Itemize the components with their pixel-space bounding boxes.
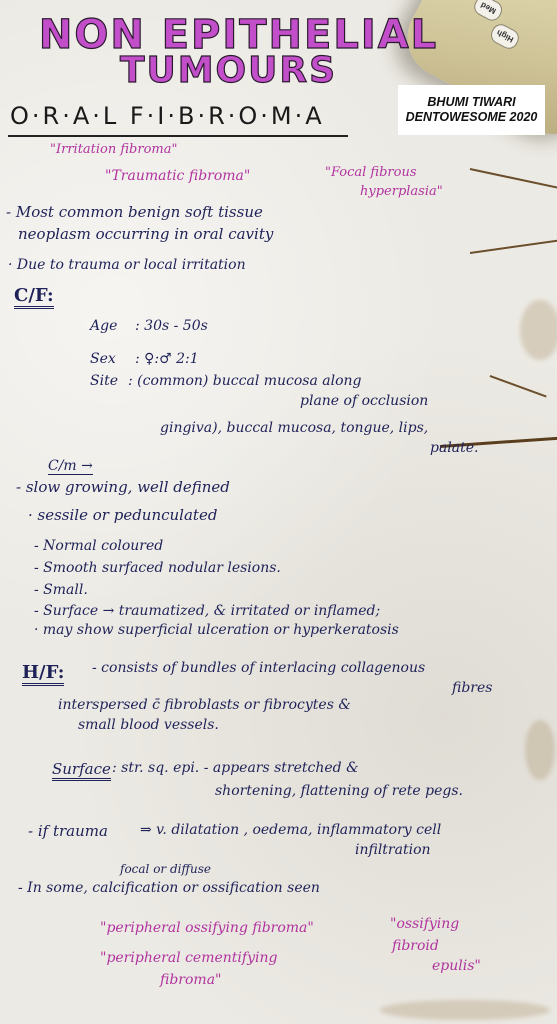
trauma-value-2: infiltration <box>355 842 431 858</box>
site-value-3: gingiva), buccal mucosa, tongue, lips, <box>160 420 428 436</box>
hf-line-1: - consists of bundles of interlacing col… <box>92 660 425 676</box>
synonym-focal-fibrous-2: hyperplasia" <box>360 184 443 199</box>
cm-item-5: - Small. <box>34 582 88 598</box>
paper-stain <box>380 1000 550 1020</box>
calc-line: - In some, calcification or ossification… <box>18 880 320 896</box>
paper-crease <box>470 168 557 188</box>
hf-heading: H/F: <box>22 662 64 686</box>
site-value-2: plane of occlusion <box>300 393 428 409</box>
paper-stain <box>525 720 555 780</box>
synonym-focal-fibrous-1: "Focal fibrous <box>325 165 417 180</box>
variant-ofe-1: "ossifying <box>390 916 459 932</box>
variant-pof: "peripheral ossifying fibroma" <box>100 920 314 936</box>
site-value-4: palate. <box>430 440 479 456</box>
section-title: O·R·A·L F·I·B·R·O·M·A <box>10 102 325 130</box>
sex-value: : ♀:♂ 2:1 <box>135 351 199 367</box>
intro-line-3: · Due to trauma or local irritation <box>8 257 246 273</box>
cm-item-3: - Normal coloured <box>34 538 163 554</box>
title-underline <box>8 135 348 137</box>
site-label: Site <box>90 373 118 389</box>
watermark-author: BHUMI TIWARI <box>427 95 515 110</box>
synonym-irritation-fibroma: "Irritation fibroma" <box>50 142 177 157</box>
cm-item-7: · may show superficial ulceration or hyp… <box>34 622 399 638</box>
watermark-brand: DENTOWESOME 2020 <box>406 110 538 125</box>
variant-ofe-3: epulis" <box>432 958 481 974</box>
cm-item-6: - Surface → traumatized, & irritated or … <box>34 603 380 619</box>
synonym-traumatic-fibroma: "Traumatic fibroma" <box>105 168 250 184</box>
cm-item-1: - slow growing, well defined <box>16 478 230 496</box>
hf-line-1b: fibres <box>452 680 492 696</box>
cm-heading: C/m → <box>48 458 93 475</box>
paper-crease <box>490 375 547 397</box>
surface-value-2: shortening, flattening of rete pegs. <box>215 783 463 799</box>
paper-crease <box>470 239 557 253</box>
cm-item-4: - Smooth surfaced nodular lesions. <box>34 560 281 576</box>
variant-ofe-2: fibroid <box>392 938 439 954</box>
intro-line-2: neoplasm occurring in oral cavity <box>18 225 273 243</box>
hf-line-3: small blood vessels. <box>78 717 219 733</box>
variant-pcf-2: fibroma" <box>160 972 221 988</box>
cf-heading: C/F: <box>14 285 54 309</box>
age-value: : 30s - 50s <box>135 318 208 334</box>
sex-label: Sex <box>90 351 116 367</box>
age-label: Age <box>90 318 117 334</box>
hf-line-2: interspersed c̄ fibroblasts or fibrocyte… <box>58 697 351 713</box>
calc-line-annotation: focal or diffuse <box>120 862 211 876</box>
notes-page: Low Med High NON EPITHELIAL TUMOURS BHUM… <box>0 0 557 1024</box>
trauma-value: ⇒ v. dilatation , oedema, inflammatory c… <box>140 822 441 838</box>
site-value: : (common) buccal mucosa along <box>128 373 362 389</box>
cm-item-2: · sessile or pedunculated <box>28 506 217 524</box>
trauma-label: - if trauma <box>28 822 108 840</box>
variant-pcf-1: "peripheral cementifying <box>100 950 277 966</box>
author-watermark: BHUMI TIWARI DENTOWESOME 2020 <box>398 85 545 135</box>
intro-line-1: - Most common benign soft tissue <box>6 203 263 221</box>
paper-stain <box>520 300 557 360</box>
surface-value: : str. sq. epi. - appears stretched & <box>112 760 359 776</box>
surface-label: Surface <box>52 760 111 781</box>
